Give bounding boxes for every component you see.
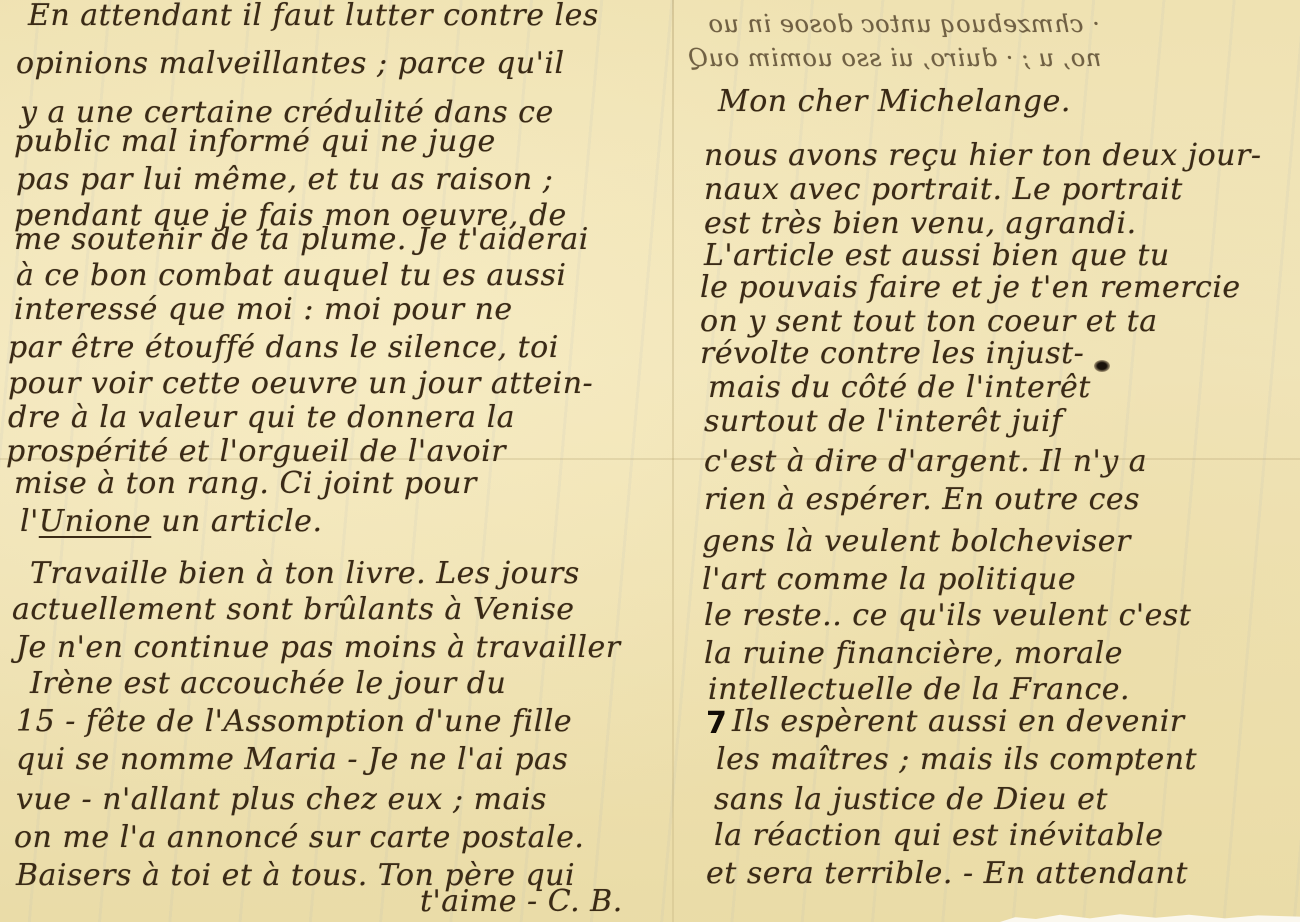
greeting: Mon cher Michelange.	[718, 84, 1071, 119]
left-line-1: En attendant il faut lutter contre les	[28, 0, 599, 33]
left-line-20: 15 - fête de l'Assomption d'une fille	[16, 704, 572, 739]
left-line-10: par être étouffé dans le silence, toi	[8, 330, 559, 365]
line-prefix: l'	[20, 504, 39, 539]
left-line-18: Je n'en continue pas moins à travailler	[16, 630, 621, 665]
left-line-19: Irène est accouchée le jour du	[30, 666, 506, 701]
left-line-14: mise à ton rang. Ci joint pour	[14, 466, 477, 501]
right-line-2: naux avec portrait. Le portrait	[704, 172, 1183, 207]
left-line-4: public mal informé qui ne juge	[14, 124, 496, 159]
left-line-13: prospérité et l'orgueil de l'avoir	[6, 434, 506, 469]
left-page: En attendant il faut lutter contre les o…	[0, 0, 668, 922]
right-line-7: révolte contre les injust-	[700, 336, 1084, 371]
right-line-8: mais du côté de l'interêt	[708, 370, 1091, 405]
right-line-15: la ruine financière, morale	[704, 636, 1123, 671]
right-line-20: la réaction qui est inévitable	[714, 818, 1163, 853]
margin-mark: 7	[706, 712, 728, 736]
unione-underlined: Unione	[39, 504, 151, 539]
right-line-6: on y sent tout ton coeur et ta	[700, 304, 1158, 339]
left-line-23: on me l'a annoncé sur carte postale.	[14, 820, 584, 855]
left-line-12: dre à la valeur qui te donnera la	[8, 400, 515, 435]
right-line-14: le reste.. ce qu'ils veulent c'est	[704, 598, 1191, 633]
left-line-16: Travaille bien à ton livre. Les jours	[30, 556, 580, 591]
left-line-7: me soutenir de ta plume. Je t'aiderai	[14, 222, 589, 257]
right-line-4: L'article est aussi bien que tu	[704, 238, 1170, 273]
right-line-18: les maîtres ; mais ils comptent	[716, 742, 1197, 777]
right-line-3: est très bien venu, agrandi.	[704, 206, 1137, 241]
bleed-header-line-1: · chmzebuoq untoc dosoe in uo	[708, 10, 1100, 38]
right-line-12: gens là veulent bolcheviser	[702, 524, 1131, 559]
right-line-17: Ils espèrent aussi en devenir	[732, 704, 1185, 739]
letter-sheet: En attendant il faut lutter contre les o…	[0, 0, 1300, 922]
right-line-5: le pouvais faire et je t'en remercie	[700, 270, 1241, 305]
vertical-fold-crease	[672, 0, 674, 922]
bleed-header-line-2: no, u ; · duiro, ui sso uomim ouQ	[688, 44, 1101, 72]
right-line-9: surtout de l'interêt juif	[704, 404, 1063, 439]
line-suffix: un article.	[161, 504, 322, 539]
left-line-21: qui se nomme Maria - Je ne l'ai pas	[16, 742, 568, 777]
right-line-21: et sera terrible. - En attendant	[706, 856, 1188, 891]
right-line-1: nous avons reçu hier ton deux jour-	[704, 138, 1261, 173]
ink-blot	[1094, 360, 1110, 372]
left-line-5: pas par lui même, et tu as raison ;	[16, 162, 553, 197]
right-line-19: sans la justice de Dieu et	[714, 782, 1108, 817]
right-line-16: intellectuelle de la France.	[708, 672, 1130, 707]
left-line-8: à ce bon combat auquel tu es aussi	[16, 258, 566, 293]
left-line-11: pour voir cette oeuvre un jour attein-	[8, 366, 593, 401]
right-line-13: l'art comme la politique	[702, 562, 1076, 597]
right-line-10: c'est à dire d'argent. Il n'y a	[704, 444, 1147, 479]
left-line-22: vue - n'allant plus chez eux ; mais	[16, 782, 547, 817]
right-line-11: rien à espérer. En outre ces	[704, 482, 1140, 517]
right-page: · chmzebuoq untoc dosoe in uo no, u ; · …	[678, 0, 1300, 922]
left-line-15: l'Unione un article.	[20, 504, 322, 539]
left-line-9: interessé que moi : moi pour ne	[14, 292, 513, 327]
left-line-2: opinions malveillantes ; parce qu'il	[16, 46, 565, 81]
signature: t'aime - C. B.	[420, 884, 623, 919]
left-line-17: actuellement sont brûlants à Venise	[12, 592, 575, 627]
